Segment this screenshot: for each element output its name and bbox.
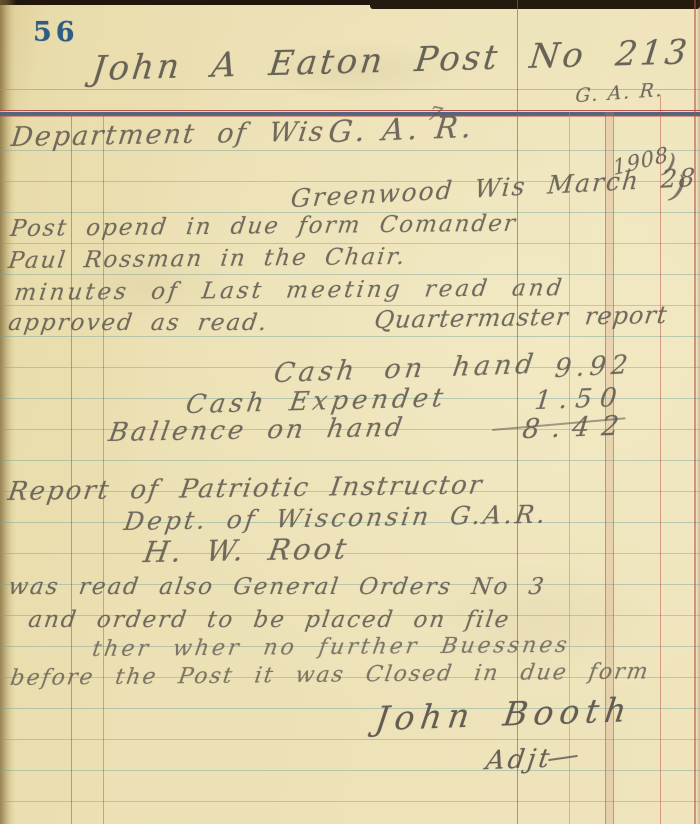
page-edge-rule xyxy=(694,0,696,824)
ledger-page-scan: 56 John A Eaton Post No 213 G. A. R. Dep… xyxy=(0,0,700,824)
cash-row-amount: 8.42 xyxy=(521,412,632,443)
post-title-handwriting: John A Eaton Post No 213 xyxy=(90,35,691,86)
report-line-3: ther wher no further Buessnes xyxy=(91,635,572,661)
department-org-handwriting: G. A. R. xyxy=(327,113,477,148)
report-heading-handwriting: Report of Patriotic Instructor xyxy=(6,472,485,505)
amount-column-rule-red xyxy=(660,95,661,824)
report-line-1: was read also General Orders No 3 xyxy=(7,576,547,599)
cash-row-label: Ballence on hand xyxy=(107,415,407,446)
report-line-2: and orderd to be placed on file xyxy=(27,609,512,632)
instructor-name-handwriting: H. W. Root xyxy=(141,534,351,567)
org-abbrev-handwriting: G. A. R. xyxy=(575,81,665,106)
minutes-line-3: minutes of Last meeting read and xyxy=(13,277,566,305)
report-subheading-handwriting: Dept. of Wisconsin G.A.R. xyxy=(122,502,549,534)
minutes-line-2: Paul Rossman in the Chair. xyxy=(7,246,408,273)
minutes-line-1: Post opend in due form Comander xyxy=(9,213,518,241)
quartermaster-report-note: Quartermaster report xyxy=(373,303,669,332)
cash-row-amount: 9.92 xyxy=(554,352,634,382)
scan-top-edge-right xyxy=(370,0,700,9)
signature-name: John Booth xyxy=(373,693,634,735)
department-line-handwriting: Department of Wis xyxy=(10,119,327,152)
page-number: 56 xyxy=(33,17,79,48)
cash-row-label: Cash Expendet xyxy=(184,385,448,418)
signature-role: Adjt xyxy=(484,746,554,774)
cash-row-amount: 1.50 xyxy=(533,385,626,414)
minutes-line-4: approved as read. xyxy=(7,312,270,335)
